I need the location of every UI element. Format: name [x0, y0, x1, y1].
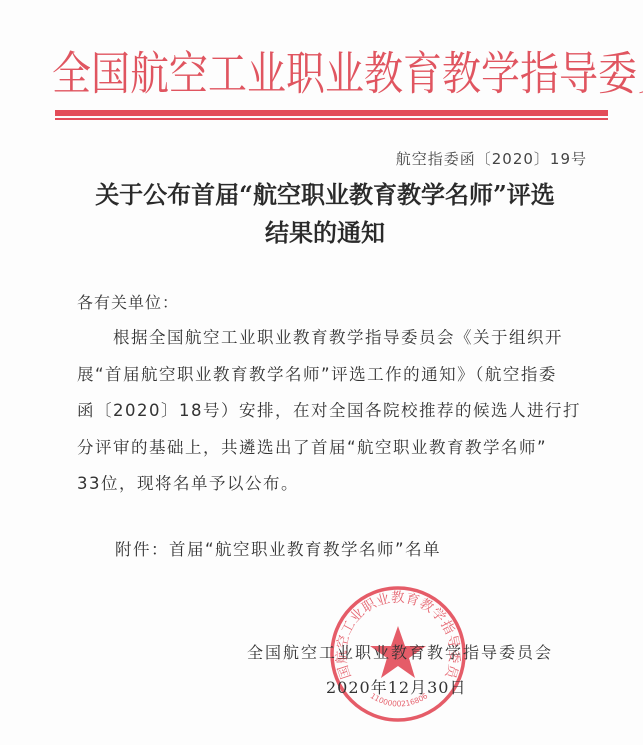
document-page: 全国航空工业职业教育教学指导委员会 航空指委函〔2020〕19号 关于公布首届“…: [0, 0, 643, 745]
attachment-note: 附件：首届“航空职业教育教学名师”名单: [115, 536, 441, 560]
body-line: 函〔2020〕18号）安排，在对全国各院校推荐的候选人进行打: [77, 393, 587, 430]
document-title: 关于公布首届“航空职业教育教学名师”评选 结果的通知: [60, 176, 590, 252]
signature-organization: 全国航空工业职业教育教学指导委员会: [247, 640, 553, 663]
body-line: 分评审的基础上，共遴选出了首届“航空职业教育教学名师”: [77, 430, 587, 467]
title-line-1: 关于公布首届“航空职业教育教学名师”评选: [60, 176, 590, 214]
document-number: 航空指委函〔2020〕19号: [396, 148, 587, 169]
letterhead-title: 全国航空工业职业教育教学指导委员会: [52, 40, 612, 111]
body-line: 展“首届航空职业教育教学名师”评选工作的通知》（航空指委: [77, 357, 587, 394]
body-line: 根据全国航空工业职业教育教学指导委员会《关于组织开: [77, 320, 587, 357]
letterhead-rule-thick: [55, 110, 608, 116]
body-paragraph: 根据全国航空工业职业教育教学指导委员会《关于组织开 展“首届航空职业教育教学名师…: [77, 320, 587, 503]
title-line-2: 结果的通知: [60, 214, 590, 252]
letterhead-rule-thin: [55, 118, 608, 120]
body-line: 33位，现将名单予以公布。: [77, 466, 587, 503]
signature-date: 2020年12月30日: [326, 675, 466, 698]
salutation: 各有关单位：: [77, 290, 179, 313]
